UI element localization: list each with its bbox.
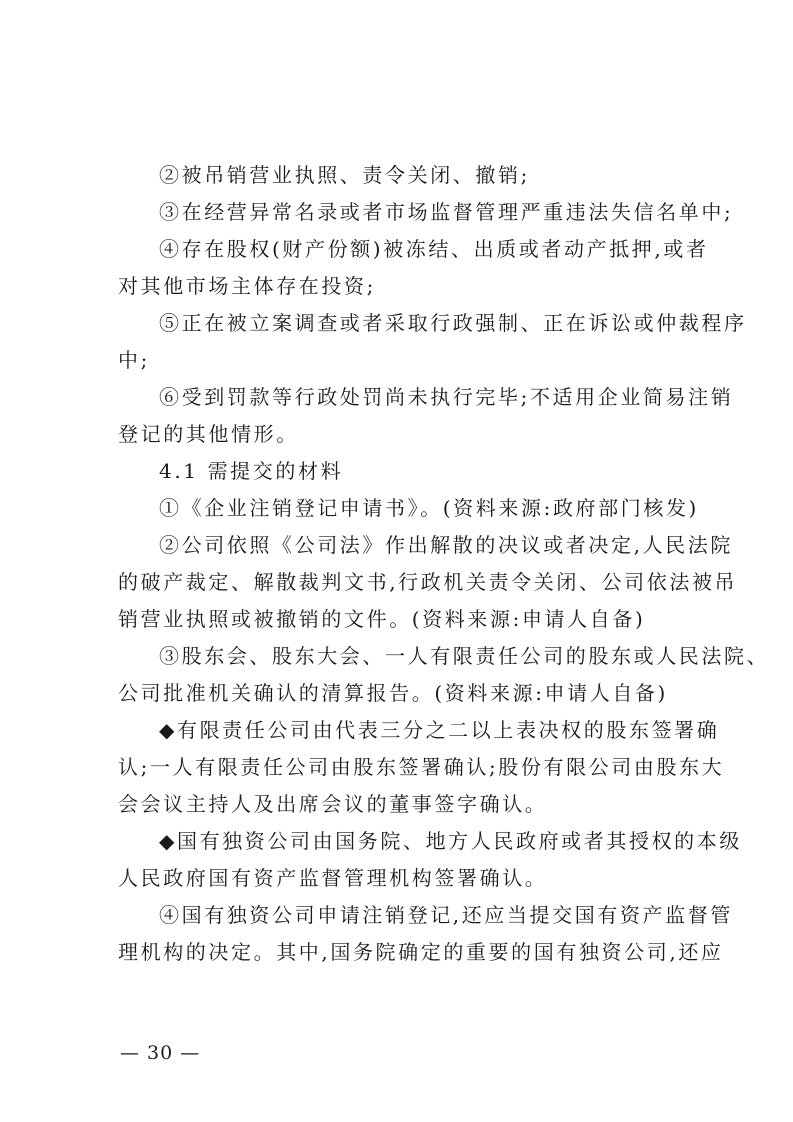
material-item-state-owned-decision: ④国有独资公司申请注销登记,还应当提交国有资产监督管 [159,900,733,930]
material-item-application-form: ①《企业注销登记申请书》。(资料来源:政府部门核发) [159,493,699,523]
material-item-dissolution-decision-cont2: 销营业执照或被撤销的文件。(资料来源:申请人自备) [118,604,645,634]
list-item-abnormal-list: ③在经营异常名录或者市场监督管理严重违法失信名单中; [159,197,733,227]
material-item-state-owned-decision-cont: 理机构的决定。其中,国务院确定的重要的国有独资公司,还应 [118,937,724,967]
list-item-under-investigation-cont: 中; [118,345,150,375]
list-item-revoked-license: ②被吊销营业执照、责令关闭、撤销; [159,160,530,190]
material-item-liquidation-report: ③股东会、股东大会、一人有限责任公司的股东或人民法院、 [159,641,769,671]
material-item-dissolution-decision: ②公司依照《公司法》作出解散的决议或者决定,人民法院 [159,530,733,560]
list-item-equity-frozen-cont: 对其他市场主体存在投资; [118,271,376,301]
list-item-penalty-pending: ⑥受到罚款等行政处罚尚未执行完毕;不适用企业简易注销 [159,382,733,412]
list-item-penalty-pending-cont: 登记的其他情形。 [118,419,299,449]
bullet-llc-confirmation: ◆有限责任公司由代表三分之二以上表决权的股东签署确 [159,715,719,745]
bullet-llc-confirmation-cont2: 会会议主持人及出席会议的董事签字确认。 [118,789,547,819]
page-number: — 30 — [120,1038,200,1068]
list-item-equity-frozen: ④存在股权(财产份额)被冻结、出质或者动产抵押,或者 [159,234,709,264]
material-item-liquidation-report-cont: 公司批准机关确认的清算报告。(资料来源:申请人自备) [118,678,668,708]
section-heading-materials: 4.1 需提交的材料 [159,456,343,486]
bullet-llc-confirmation-cont: 认;一人有限责任公司由股东签署确认;股份有限公司由股东大 [118,752,724,782]
material-item-dissolution-decision-cont: 的破产裁定、解散裁判文书,行政机关责令关闭、公司依法被吊 [118,567,737,597]
bullet-state-owned-confirmation: ◆国有独资公司由国务院、地方人民政府或者其授权的本级 [159,826,742,856]
bullet-state-owned-confirmation-cont: 人民政府国有资产监督管理机构签署确认。 [118,863,547,893]
list-item-under-investigation: ⑤正在被立案调查或者采取行政强制、正在诉讼或仲裁程序 [159,308,747,338]
